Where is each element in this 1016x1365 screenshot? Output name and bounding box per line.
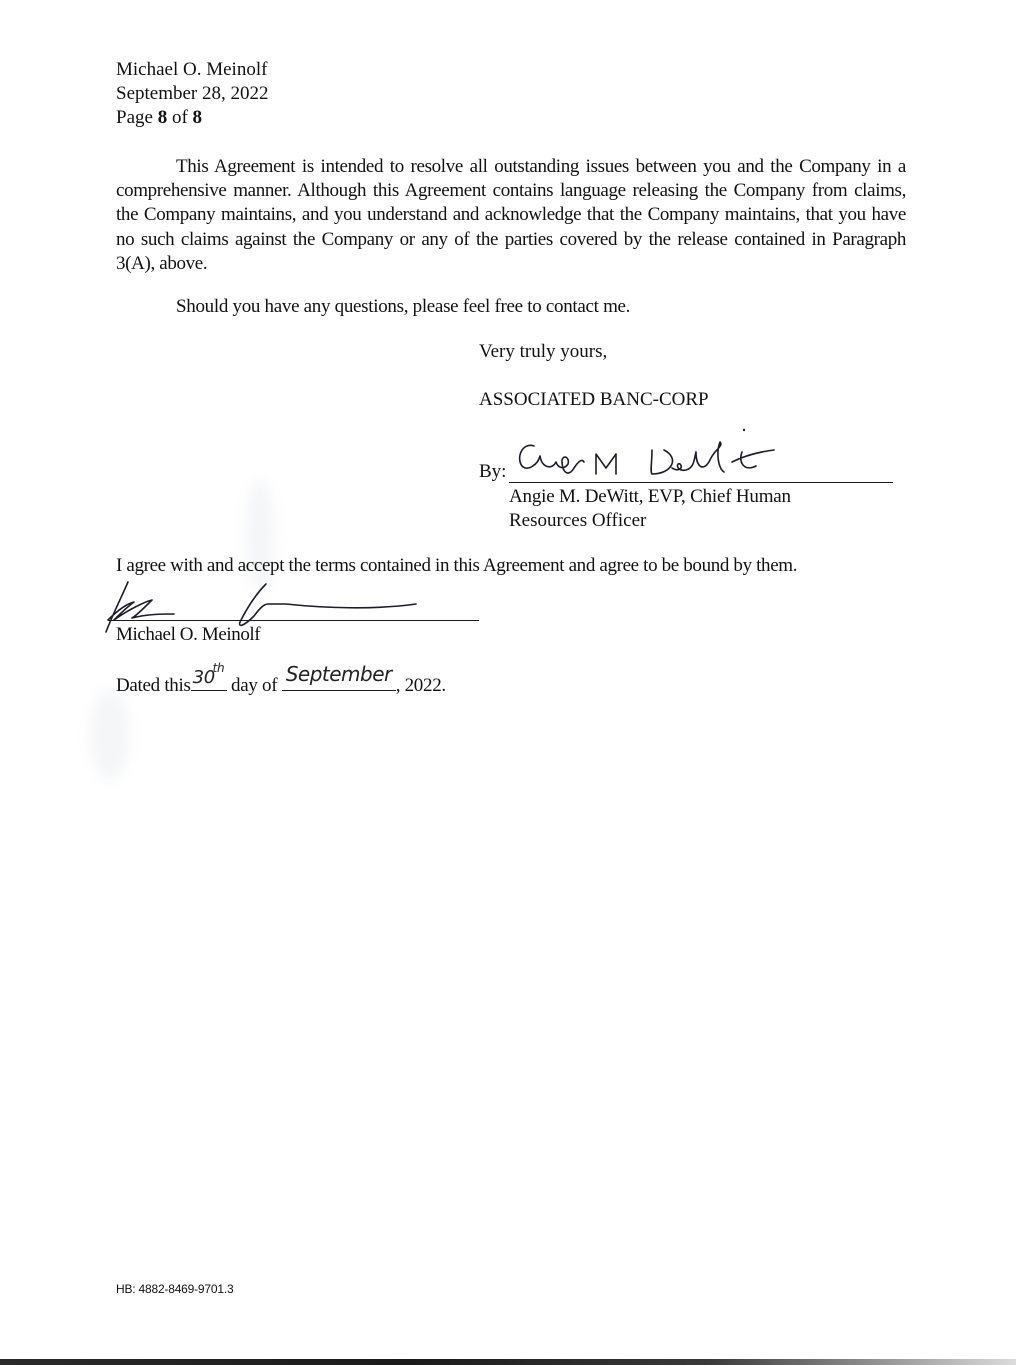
month-field[interactable]: September	[282, 670, 396, 691]
employee-name: Michael O. Meinolf	[116, 623, 260, 647]
acceptance-statement: I agree with and accept the terms contai…	[116, 554, 797, 578]
company-signature-line	[509, 482, 893, 483]
page-current: 8	[158, 107, 168, 128]
letter-date: September 28, 2022	[116, 82, 269, 106]
month-handwritten: September	[286, 662, 392, 686]
signer-title-continued: Resources Officer	[509, 509, 646, 533]
recipient-name: Michael O. Meinolf	[116, 58, 269, 82]
letter-header: Michael O. Meinolf September 28, 2022 Pa…	[116, 58, 269, 130]
agreement-paragraph: This Agreement is intended to resolve al…	[116, 155, 906, 276]
contact-line: Should you have any questions, please fe…	[176, 295, 630, 319]
day-suffix-handwritten: th	[213, 656, 225, 680]
page-number: Page 8 of 8	[116, 106, 269, 130]
signer-name-title: Angie M. DeWitt, EVP, Chief Human	[509, 485, 791, 509]
scan-smudge	[90, 690, 130, 780]
day-field[interactable]: 30th	[191, 670, 227, 691]
document-code: HB: 4882-8469-9701.3	[116, 1282, 233, 1296]
document-page: Michael O. Meinolf September 28, 2022 Pa…	[0, 0, 1016, 1365]
closing-salutation: Very truly yours,	[479, 340, 607, 364]
by-label: By:	[479, 460, 506, 484]
day-handwritten: 30	[193, 666, 215, 690]
company-name: ASSOCIATED BANC-CORP	[479, 388, 709, 412]
employee-signature-line	[108, 620, 479, 621]
scan-edge-bar	[0, 1359, 1016, 1365]
page-total: 8	[193, 107, 203, 128]
dated-line: Dated this30th day of September, 2022.	[116, 670, 446, 698]
